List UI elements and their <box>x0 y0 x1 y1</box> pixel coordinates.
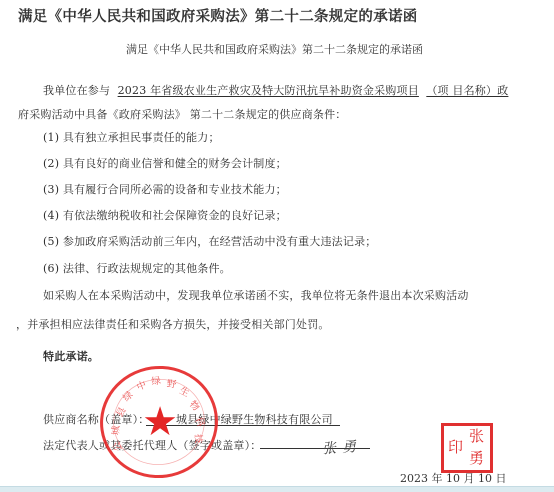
project-name: 2023 年省级农业生产救灾及特大防汛抗旱补助资金采购项目 <box>118 84 419 97</box>
svg-text:绿: 绿 <box>151 375 162 387</box>
svg-text:科: 科 <box>192 415 207 429</box>
condition-item: (2) 具有良好的商业信誉和健全的财务会计制度； <box>43 155 287 171</box>
svg-text:公: 公 <box>111 440 125 453</box>
company-seal-star-icon: ★ <box>140 402 180 442</box>
condition-item: (5) 参加政府采购活动前三年内，在经营活动中没有重大违法记录； <box>43 233 376 249</box>
handwritten-signature: 张勇 <box>321 436 362 459</box>
condition-item: (6) 法律、行政法规规定的其他条件。 <box>43 260 231 276</box>
condition-item: (1) 具有独立承担民事责任的能力； <box>43 129 220 145</box>
svg-text:城: 城 <box>110 425 122 435</box>
svg-text:绿: 绿 <box>121 389 136 404</box>
svg-text:野: 野 <box>166 379 177 391</box>
intro-line-2: 府采购活动中具备《政府采购法》 第二十二条规定的供应商条件： <box>18 106 347 122</box>
project-name-suffix: （项 目名称）政 <box>426 84 508 97</box>
viewer-bottom-strip <box>0 486 554 492</box>
condition-item: (3) 具有履行合同所必需的设备和专业技术能力； <box>43 181 287 197</box>
svg-text:中: 中 <box>135 379 148 394</box>
svg-text:生: 生 <box>177 384 191 399</box>
condition-item: (4) 有依法缴纳税收和社会保障资金的良好记录； <box>43 207 287 223</box>
document-title: 满足《中华人民共和国政府采购法》第二十二条规定的承诺函 <box>18 5 418 26</box>
svg-text:技: 技 <box>192 434 205 445</box>
svg-text:物: 物 <box>187 398 203 413</box>
closing-statement: 特此承诺。 <box>43 348 99 364</box>
personal-seal: 张 勇 印 <box>441 423 493 473</box>
document-subtitle: 满足《中华人民共和国政府采购法》第二十二条规定的承诺函 <box>126 41 423 57</box>
personal-seal-char: 张 <box>469 429 484 444</box>
personal-seal-char: 勇 <box>469 451 484 466</box>
intro-prefix: 我单位在参与 <box>43 84 110 97</box>
commitment-line-2: ，并承担相应法律责任和采购各方损失，并接受相关部门处罚。 <box>16 316 330 332</box>
commitment-line-1: 如采购人在本采购活动中，发现我单位承诺函不实，我单位将无条件退出本次采购活动 <box>43 287 469 303</box>
personal-seal-char: 印 <box>448 440 463 455</box>
intro-line-1: 我单位在参与 2023 年省级农业生产救灾及特大防汛抗旱补助资金采购项目 （项 … <box>43 82 508 98</box>
document-page: 满足《中华人民共和国政府采购法》第二十二条规定的承诺函 满足《中华人民共和国政府… <box>0 0 554 486</box>
